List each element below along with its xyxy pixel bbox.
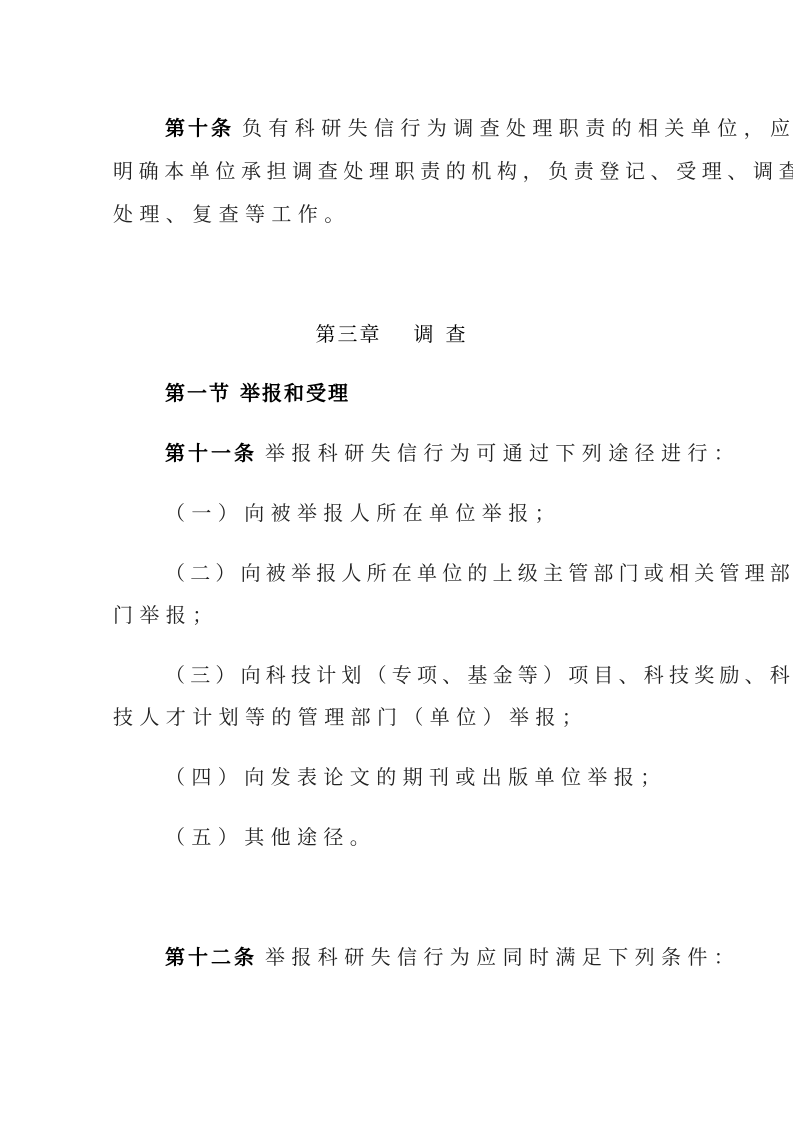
chapter-title: 调查 — [414, 322, 478, 346]
chapter-number: 第三章 — [316, 322, 382, 346]
list-item-2-line-1: （二）向被举报人所在单位的上级主管部门或相关管理部 — [165, 560, 731, 586]
chapter-heading: 第三章调查 — [0, 318, 793, 347]
article-12-label: 第十二条 — [165, 945, 257, 969]
list-item-4: （四）向发表论文的期刊或出版单位举报； — [165, 764, 731, 790]
list-item-3-line-1: （三）向科技计划（专项、基金等）项目、科技奖励、科 — [165, 662, 731, 688]
article-12-line: 第十二条举报科研失信行为应同时满足下列条件： — [165, 944, 731, 970]
document-page: 第十条负有科研失信行为调查处理职责的相关单位，应 明确本单位承担调查处理职责的机… — [0, 0, 793, 1122]
article-12-text: 举报科研失信行为应同时满足下列条件： — [265, 945, 740, 969]
article-11-label: 第十一条 — [165, 441, 257, 465]
section-heading: 第一节 举报和受理 — [165, 380, 731, 406]
article-10-label: 第十条 — [165, 116, 234, 140]
list-item-5: （五）其他途径。 — [165, 824, 731, 850]
article-10-text: 负有科研失信行为调查处理职责的相关单位，应 — [242, 116, 793, 140]
list-item-1: （一）向被举报人所在单位举报； — [165, 500, 731, 526]
list-item-2-line-2: 门举报； — [113, 602, 679, 628]
article-11-text: 举报科研失信行为可通过下列途径进行： — [265, 441, 740, 465]
list-item-3-line-2: 技人才计划等的管理部门（单位）举报； — [113, 704, 679, 730]
article-11-line: 第十一条举报科研失信行为可通过下列途径进行： — [165, 440, 731, 466]
article-10-line-3: 处理、复查等工作。 — [113, 201, 679, 227]
article-10-line-1: 第十条负有科研失信行为调查处理职责的相关单位，应 — [165, 115, 731, 141]
article-10-line-2: 明确本单位承担调查处理职责的机构，负责登记、受理、调查、 — [113, 158, 679, 184]
